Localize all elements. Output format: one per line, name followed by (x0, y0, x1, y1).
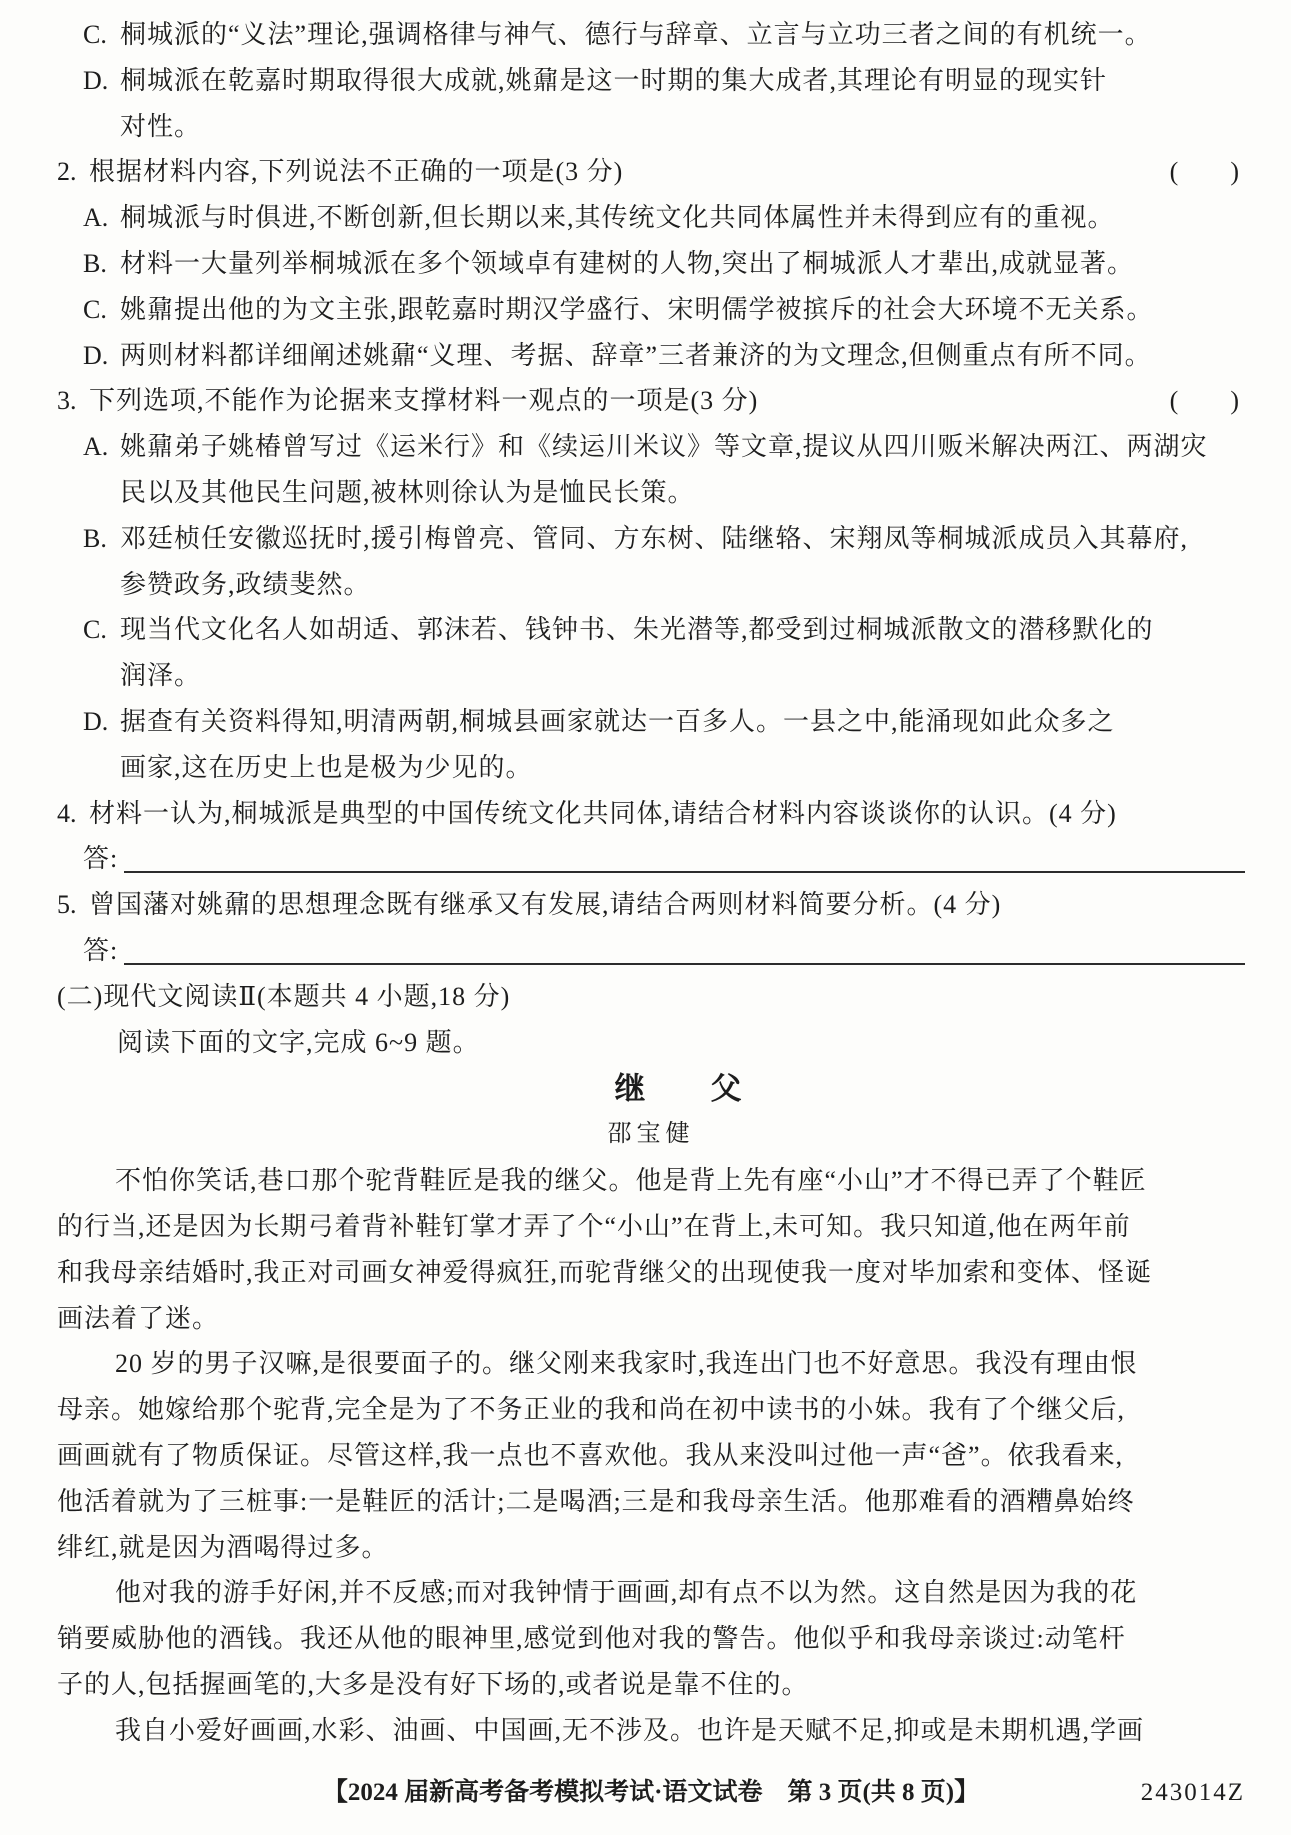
passage-p3-line: 销要威胁他的酒钱。我还从他的眼神里,感觉到他对我的警告。他似乎和我母亲谈过:动笔… (57, 1616, 1245, 1662)
passage-p3-line: 子的人,包括握画笔的,大多是没有好下场的,或者说是靠不住的。 (57, 1662, 1245, 1708)
q3-option-d-continuation: 画家,这在历史上也是极为少见的。 (57, 745, 1245, 791)
question-number: 3. (57, 378, 89, 424)
answer-blank-line (124, 962, 1245, 965)
answer-bracket: ( ) (1170, 378, 1245, 424)
paper-code: 243014Z (1141, 1770, 1245, 1816)
passage-p2-line: 母亲。她嫁给那个驼背,完全是为了不务正业的我和尚在初中读书的小妹。我有了个继父后… (57, 1387, 1245, 1433)
question-5-answer-line: 答: (57, 928, 1245, 974)
passage-p2-line: 他活着就为了三桩事:一是鞋匠的活计;二是喝酒;三是和我母亲生活。他那难看的酒糟鼻… (57, 1479, 1245, 1525)
q1-option-d: D.桐城派在乾嘉时期取得很大成就,姚鼐是这一时期的集大成者,其理论有明显的现实针 (57, 58, 1245, 104)
option-label: B. (83, 516, 120, 562)
option-text: 现当代文化名人如胡适、郭沫若、钱钟书、朱光潜等,都受到过桐城派散文的潜移默化的 (120, 615, 1154, 644)
option-label: A. (83, 195, 120, 241)
passage-title: 继 父 (57, 1065, 1245, 1112)
passage-p1-line: 画法着了迷。 (57, 1296, 1245, 1342)
option-text: 姚鼐弟子姚椿曾写过《运米行》和《续运川米议》等文章,提议从四川贩米解决两江、两湖… (120, 432, 1208, 461)
answer-bracket: ( ) (1170, 149, 1245, 195)
question-5-stem: 5.曾国藩对姚鼐的思想理念既有继承又有发展,请结合两则材料简要分析。(4 分) (57, 882, 1245, 928)
option-text: 桐城派的“义法”理论,强调格律与神气、德行与辞章、立言与立功三者之间的有机统一。 (120, 20, 1152, 49)
option-text: 桐城派在乾嘉时期取得很大成就,姚鼐是这一时期的集大成者,其理论有明显的现实针 (120, 66, 1107, 95)
section-2-heading: (二)现代文阅读Ⅱ(本题共 4 小题,18 分) (57, 974, 1245, 1020)
option-label: B. (83, 241, 120, 287)
passage-p2-line: 画画就有了物质保证。尽管这样,我一点也不喜欢他。我从来没叫过他一声“爸”。依我看… (57, 1433, 1245, 1479)
option-label: D. (83, 58, 120, 104)
q3-option-b: B.邓廷桢任安徽巡抚时,援引梅曾亮、管同、方东树、陆继辂、宋翔凤等桐城派成员入其… (57, 516, 1245, 562)
question-4-stem: 4.材料一认为,桐城派是典型的中国传统文化共同体,请结合材料内容谈谈你的认识。(… (57, 791, 1245, 837)
q3-option-d: D.据查有关资料得知,明清两朝,桐城县画家就达一百多人。一县之中,能涌现如此众多… (57, 699, 1245, 745)
option-text: 桐城派与时俱进,不断创新,但长期以来,其传统文化共同体属性并未得到应有的重视。 (120, 203, 1115, 232)
passage-p1-line: 的行当,还是因为长期弓着背补鞋钉掌才弄了个“小山”在背上,未可知。我只知道,他在… (57, 1204, 1245, 1250)
q2-option-d: D.两则材料都详细阐述姚鼐“义理、考据、辞章”三者兼济的为文理念,但侧重点有所不… (57, 333, 1245, 379)
option-text: 材料一大量列举桐城派在多个领域卓有建树的人物,突出了桐城派人才辈出,成就显著。 (120, 249, 1134, 278)
passage-p3-line: 他对我的游手好闲,并不反感;而对我钟情于画画,却有点不以为然。这自然是因为我的花 (57, 1570, 1245, 1616)
question-number: 4. (57, 791, 89, 837)
footer-title-and-page: 【2024 届新高考备考模拟考试·语文试卷 第 3 页(共 8 页)】 (323, 1779, 979, 1806)
question-stem-text: 3.下列选项,不能作为论据来支撑材料一观点的一项是(3 分) (57, 378, 758, 424)
option-text: 据查有关资料得知,明清两朝,桐城县画家就达一百多人。一县之中,能涌现如此众多之 (120, 707, 1115, 736)
q2-option-a: A.桐城派与时俱进,不断创新,但长期以来,其传统文化共同体属性并未得到应有的重视… (57, 195, 1245, 241)
question-4-answer-line: 答: (57, 836, 1245, 882)
q3-option-c-continuation: 润泽。 (57, 653, 1245, 699)
q3-option-b-continuation: 参赞政务,政绩斐然。 (57, 562, 1245, 608)
answer-label: 答: (83, 928, 118, 974)
question-2-stem: 2.根据材料内容,下列说法不正确的一项是(3 分) ( ) (57, 149, 1245, 195)
option-text: 两则材料都详细阐述姚鼐“义理、考据、辞章”三者兼济的为文理念,但侧重点有所不同。 (120, 341, 1152, 370)
option-text: 邓廷桢任安徽巡抚时,援引梅曾亮、管同、方东树、陆继辂、宋翔凤等桐城派成员入其幕府… (120, 524, 1188, 553)
q1-option-c: C.桐城派的“义法”理论,强调格律与神气、德行与辞章、立言与立功三者之间的有机统… (57, 12, 1245, 58)
q2-option-c: C.姚鼐提出他的为文主张,跟乾嘉时期汉学盛行、宋明儒学被摈斥的社会大环境不无关系… (57, 287, 1245, 333)
passage-p1-line: 不怕你笑话,巷口那个驼背鞋匠是我的继父。他是背上先有座“小山”才不得已弄了个鞋匠 (57, 1158, 1245, 1204)
exam-paper-page: C.桐城派的“义法”理论,强调格律与神气、德行与辞章、立言与立功三者之间的有机统… (0, 0, 1291, 1835)
option-label: C. (83, 287, 120, 333)
passage-p4-line: 我自小爱好画画,水彩、油画、中国画,无不涉及。也许是天赋不足,抑或是未期机遇,学… (57, 1708, 1245, 1754)
option-label: C. (83, 12, 120, 58)
q3-option-a: A.姚鼐弟子姚椿曾写过《运米行》和《续运川米议》等文章,提议从四川贩米解决两江、… (57, 424, 1245, 470)
passage-author: 邵宝健 (57, 1112, 1245, 1158)
question-number: 2. (57, 149, 89, 195)
passage-p2-line: 20 岁的男子汉嘛,是很要面子的。继父刚来我家时,我连出门也不好意思。我没有理由… (57, 1341, 1245, 1387)
answer-blank-line (124, 870, 1245, 873)
option-label: C. (83, 607, 120, 653)
page-content: C.桐城派的“义法”理论,强调格律与神气、德行与辞章、立言与立功三者之间的有机统… (57, 12, 1245, 1753)
question-stem-text: 2.根据材料内容,下列说法不正确的一项是(3 分) (57, 149, 623, 195)
section-2-instruction: 阅读下面的文字,完成 6~9 题。 (57, 1020, 1245, 1066)
page-footer: 【2024 届新高考备考模拟考试·语文试卷 第 3 页(共 8 页)】 2430… (57, 1770, 1245, 1816)
question-3-stem: 3.下列选项,不能作为论据来支撑材料一观点的一项是(3 分) ( ) (57, 378, 1245, 424)
passage-p1-line: 和我母亲结婚时,我正对司画女神爱得疯狂,而驼背继父的出现使我一度对毕加索和变体、… (57, 1250, 1245, 1296)
option-label: D. (83, 333, 120, 379)
question-number: 5. (57, 882, 89, 928)
option-label: D. (83, 699, 120, 745)
q3-option-a-continuation: 民以及其他民生问题,被林则徐认为是恤民长策。 (57, 470, 1245, 516)
answer-label: 答: (83, 836, 118, 882)
option-label: A. (83, 424, 120, 470)
q2-option-b: B.材料一大量列举桐城派在多个领域卓有建树的人物,突出了桐城派人才辈出,成就显著… (57, 241, 1245, 287)
passage-p2-line: 绯红,就是因为酒喝得过多。 (57, 1525, 1245, 1571)
option-text: 姚鼐提出他的为文主张,跟乾嘉时期汉学盛行、宋明儒学被摈斥的社会大环境不无关系。 (120, 295, 1154, 324)
q1-option-d-continuation: 对性。 (57, 104, 1245, 150)
q3-option-c: C.现当代文化名人如胡适、郭沫若、钱钟书、朱光潜等,都受到过桐城派散文的潜移默化… (57, 607, 1245, 653)
